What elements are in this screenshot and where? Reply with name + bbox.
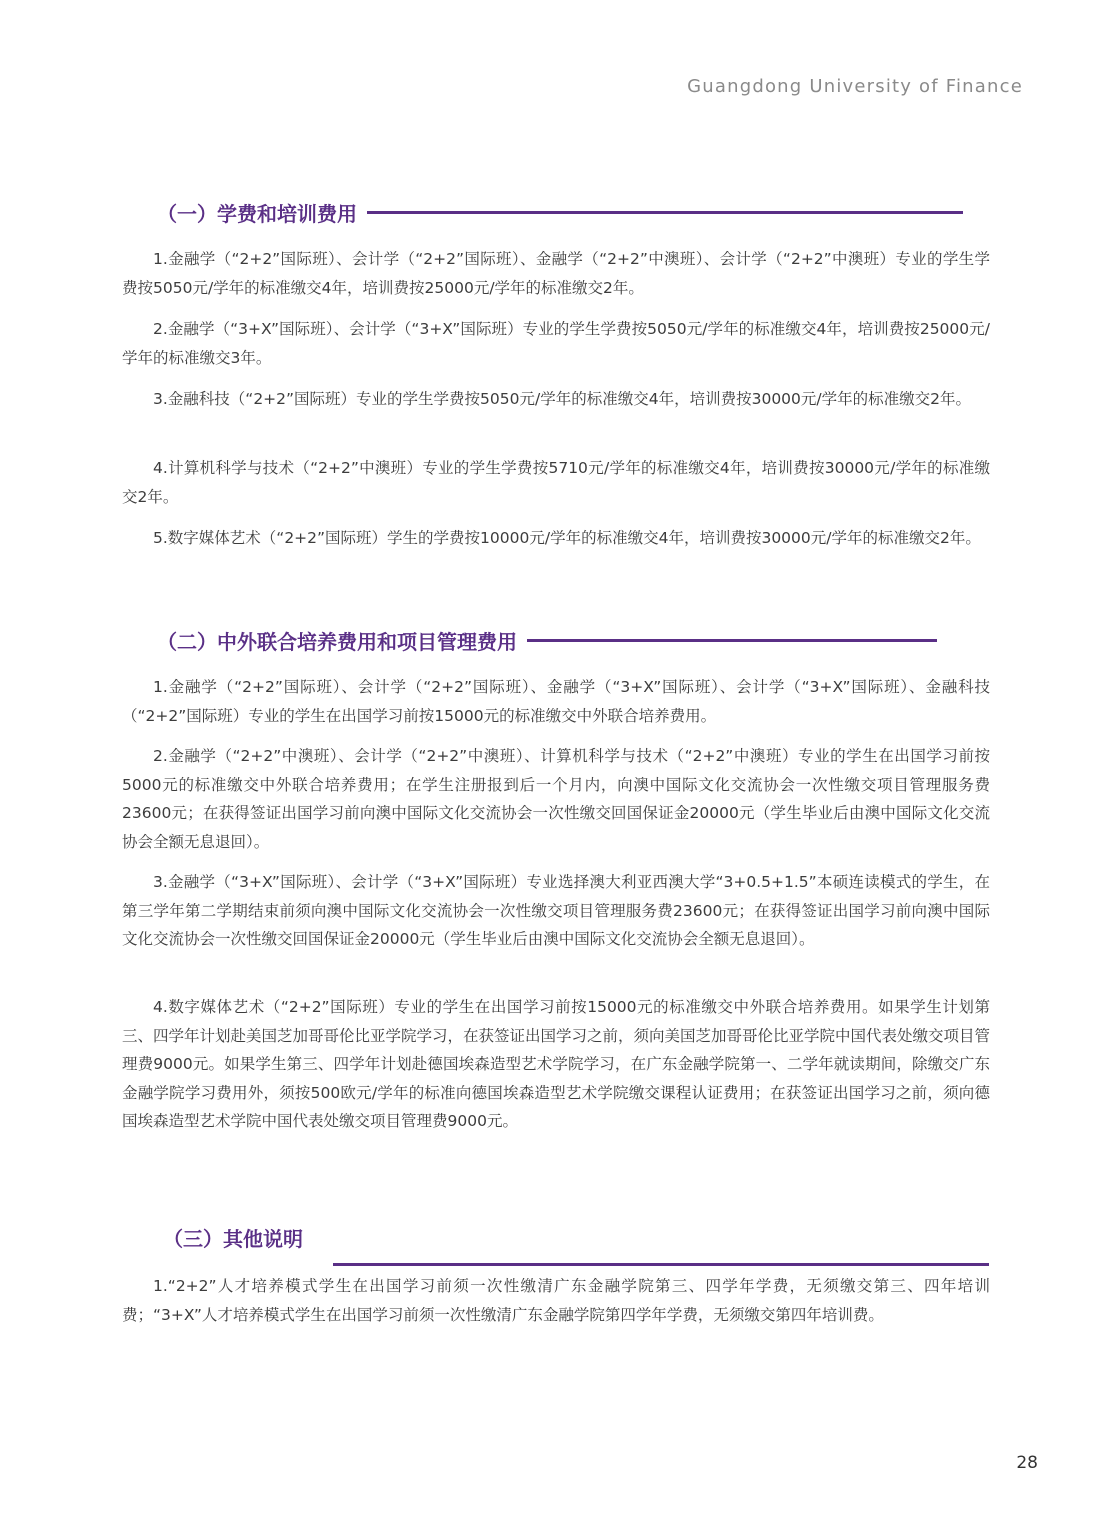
section-rule — [527, 639, 937, 642]
section-heading-1: （一）学费和培训费用 — [157, 198, 963, 227]
section-rule — [367, 211, 963, 214]
section-rule — [333, 1263, 989, 1266]
paragraph: 4.计算机科学与技术（“2+2”中澳班）专业的学生学费按5710元/学年的标准缴… — [122, 454, 990, 511]
section-heading-2: （二）中外联合培养费用和项目管理费用 — [157, 626, 937, 655]
section-heading-3: （三）其他说明 — [163, 1223, 303, 1252]
paragraph: 5.数字媒体艺术（“2+2”国际班）学生的学费按10000元/学年的标准缴交4年… — [122, 524, 990, 553]
section-title: （一）学费和培训费用 — [157, 198, 357, 227]
paragraph: 1.“2+2”人才培养模式学生在出国学习前须一次性缴清广东金融学院第三、四学年学… — [122, 1272, 990, 1329]
paragraph: 1.金融学（“2+2”国际班）、会计学（“2+2”国际班）、金融学（“3+X”国… — [122, 673, 990, 730]
section-title: （二）中外联合培养费用和项目管理费用 — [157, 626, 517, 655]
section-title: （三）其他说明 — [163, 1223, 303, 1252]
paragraph: 4.数字媒体艺术（“2+2”国际班）专业的学生在出国学习前按15000元的标准缴… — [122, 993, 990, 1136]
running-header: Guangdong University of Finance — [687, 76, 1023, 97]
paragraph: 3.金融科技（“2+2”国际班）专业的学生学费按5050元/学年的标准缴交4年，… — [122, 385, 990, 414]
paragraph: 1.金融学（“2+2”国际班）、会计学（“2+2”国际班）、金融学（“2+2”中… — [122, 245, 990, 302]
paragraph: 2.金融学（“3+X”国际班）、会计学（“3+X”国际班）专业的学生学费按505… — [122, 315, 990, 372]
paragraph: 3.金融学（“3+X”国际班）、会计学（“3+X”国际班）专业选择澳大利亚西澳大… — [122, 868, 990, 954]
paragraph: 2.金融学（“2+2”中澳班）、会计学（“2+2”中澳班）、计算机科学与技术（“… — [122, 742, 990, 856]
page-number: 28 — [1016, 1453, 1038, 1473]
